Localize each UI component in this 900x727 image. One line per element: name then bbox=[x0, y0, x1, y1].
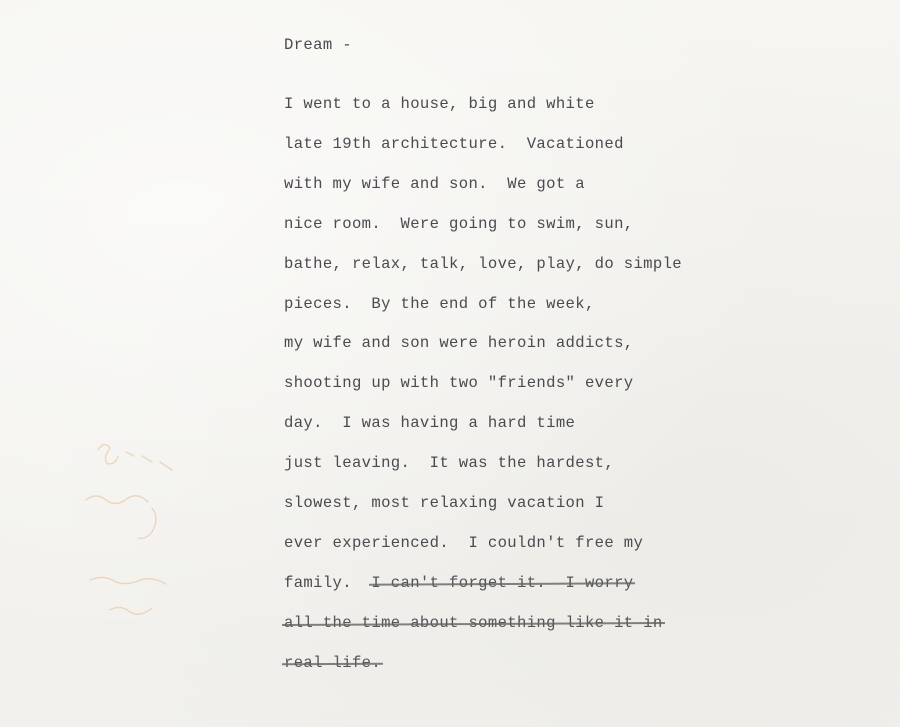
line-text: I went to a house, big and white bbox=[284, 95, 595, 113]
struck-through-text: I can't forget it. I worry bbox=[371, 574, 633, 592]
text-line: late 19th architecture. Vacationed bbox=[284, 134, 624, 154]
line-text: shooting up with two "friends" every bbox=[284, 374, 633, 392]
line-text: late 19th architecture. Vacationed bbox=[284, 135, 624, 153]
line-text: slowest, most relaxing vacation I bbox=[284, 494, 604, 512]
line-text: family. bbox=[284, 574, 371, 592]
text-line: pieces. By the end of the week, bbox=[284, 294, 595, 314]
line-text: pieces. By the end of the week, bbox=[284, 295, 595, 313]
text-line: shooting up with two "friends" every bbox=[284, 373, 633, 393]
line-text: nice room. Were going to swim, sun, bbox=[284, 215, 633, 233]
text-line: just leaving. It was the hardest, bbox=[284, 453, 614, 473]
text-line: slowest, most relaxing vacation I bbox=[284, 493, 604, 513]
line-text: just leaving. It was the hardest, bbox=[284, 454, 614, 472]
typed-text: Dream - I went to a house, big and white… bbox=[284, 0, 303, 72]
line-text: with my wife and son. We got a bbox=[284, 175, 585, 193]
text-line: with my wife and son. We got a bbox=[284, 174, 585, 194]
struck-through-text: all the time about something like it in bbox=[284, 614, 663, 632]
line-text: my wife and son were heroin addicts, bbox=[284, 334, 633, 352]
text-line: all the time about something like it in bbox=[284, 613, 663, 633]
text-line: ever experienced. I couldn't free my bbox=[284, 533, 643, 553]
document-title: Dream - bbox=[284, 35, 352, 55]
text-line: nice room. Were going to swim, sun, bbox=[284, 214, 633, 234]
text-line: real life. bbox=[284, 653, 381, 673]
line-text: ever experienced. I couldn't free my bbox=[284, 534, 643, 552]
text-line: my wife and son were heroin addicts, bbox=[284, 333, 633, 353]
text-line: day. I was having a hard time bbox=[284, 413, 575, 433]
text-line: I went to a house, big and white bbox=[284, 94, 595, 114]
line-text: bathe, relax, talk, love, play, do simpl… bbox=[284, 255, 682, 273]
text-line: family. I can't forget it. I worry bbox=[284, 573, 634, 593]
text-line: bathe, relax, talk, love, play, do simpl… bbox=[284, 254, 682, 274]
struck-through-text: real life. bbox=[284, 654, 381, 672]
line-text: day. I was having a hard time bbox=[284, 414, 575, 432]
